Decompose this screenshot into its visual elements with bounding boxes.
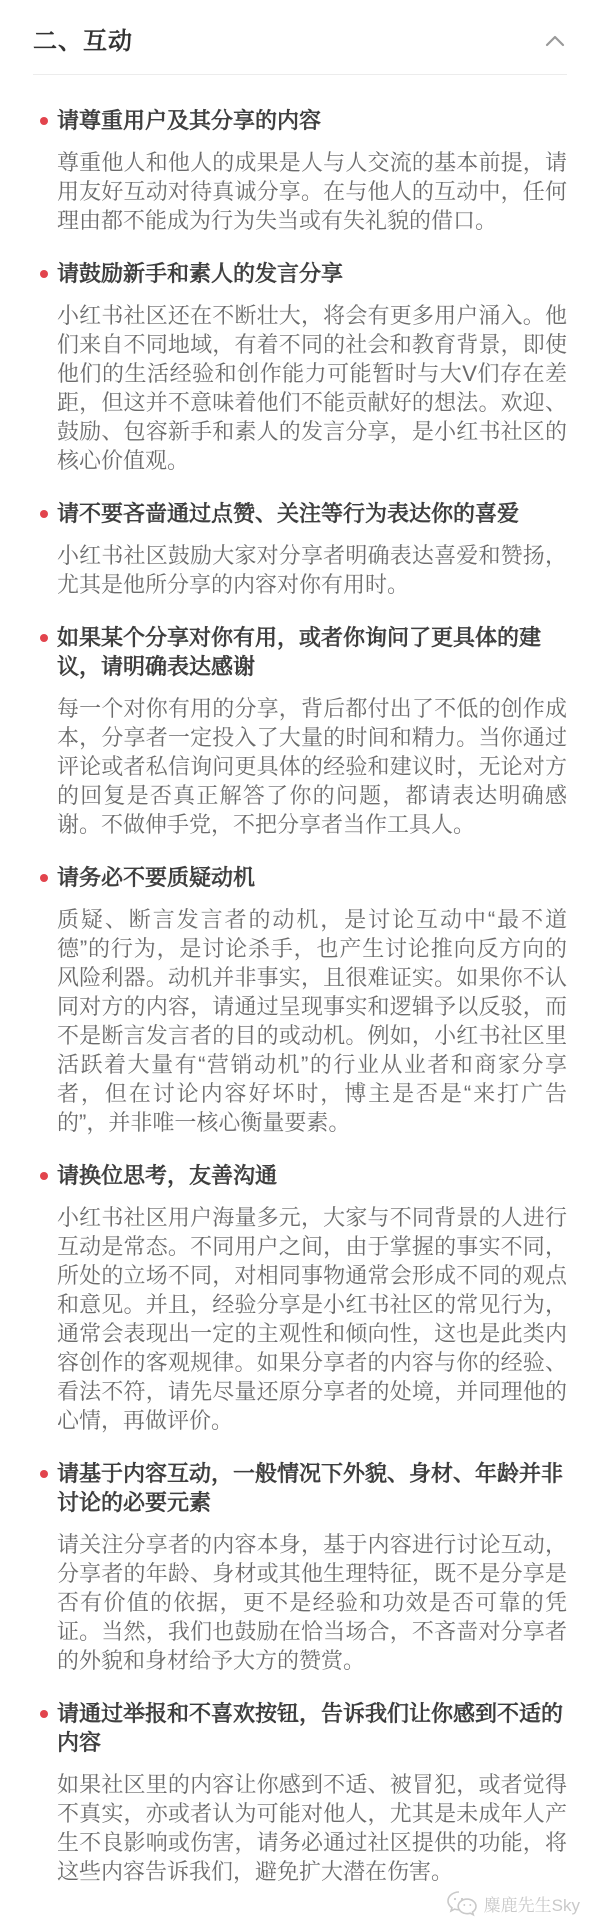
red-bullet-icon (40, 874, 48, 882)
guideline-item: 请鼓励新手和素人的发言分享 小红书社区还在不断壮大，将会有更多用户涌入。他们来自… (33, 259, 567, 475)
guideline-heading: 请基于内容互动，一般情况下外貌、身材、年龄并非讨论的必要元素 (57, 1459, 567, 1517)
guideline-heading: 请尊重用户及其分享的内容 (57, 106, 567, 135)
guideline-body: 请关注分享者的内容本身，基于内容进行讨论互动，分享者的年龄、身材或其他生理特征，… (57, 1530, 567, 1675)
red-bullet-icon (40, 1710, 48, 1718)
guideline-heading: 请通过举报和不喜欢按钮，告诉我们让你感到不适的内容 (57, 1699, 567, 1757)
guideline-item: 请换位思考，友善沟通 小红书社区用户海量多元，大家与不同背景的人进行互动是常态。… (33, 1161, 567, 1435)
red-bullet-icon (40, 270, 48, 278)
guideline-heading: 如果某个分享对你有用，或者你询问了更具体的建议，请明确表达感谢 (57, 623, 567, 681)
guideline-item: 请务必不要质疑动机 质疑、断言发言者的动机，是讨论互动中“最不道德”的行为，是讨… (33, 863, 567, 1137)
guideline-item: 请基于内容互动，一般情况下外貌、身材、年龄并非讨论的必要元素 请关注分享者的内容… (33, 1459, 567, 1675)
guideline-body: 小红书社区用户海量多元，大家与不同背景的人进行互动是常态。不同用户之间，由于掌握… (57, 1203, 567, 1435)
guideline-body: 小红书社区还在不断壮大，将会有更多用户涌入。他们来自不同地域，有着不同的社会和教… (57, 301, 567, 475)
guideline-heading: 请务必不要质疑动机 (57, 863, 567, 892)
section-header: 二、互动 (33, 0, 567, 58)
guideline-item: 请尊重用户及其分享的内容 尊重他人和他人的成果是人与人交流的基本前提，请用友好互… (33, 106, 567, 235)
guideline-body: 尊重他人和他人的成果是人与人交流的基本前提，请用友好互动对待真诚分享。在与他人的… (57, 148, 567, 235)
guideline-page: 二、互动 请尊重用户及其分享的内容 尊重他人和他人的成果是人与人交流的基本前提，… (0, 0, 600, 1886)
guideline-body: 小红书社区鼓励大家对分享者明确表达喜爱和赞扬，尤其是他所分享的内容对你有用时。 (57, 541, 567, 599)
watermark-label: 麋鹿先生Sky (484, 1891, 580, 1916)
guideline-item: 请通过举报和不喜欢按钮，告诉我们让你感到不适的内容 如果社区里的内容让你感到不适… (33, 1699, 567, 1886)
wechat-icon (446, 1890, 478, 1917)
red-bullet-icon (40, 634, 48, 642)
guideline-list: 请尊重用户及其分享的内容 尊重他人和他人的成果是人与人交流的基本前提，请用友好互… (33, 75, 567, 1886)
red-bullet-icon (40, 1172, 48, 1180)
guideline-body: 如果社区里的内容让你感到不适、被冒犯，或者觉得不真实，亦或者认为可能对他人，尤其… (57, 1770, 567, 1886)
guideline-body: 质疑、断言发言者的动机，是讨论互动中“最不道德”的行为，是讨论杀手，也产生讨论推… (57, 905, 567, 1137)
red-bullet-icon (40, 1470, 48, 1478)
guideline-heading: 请换位思考，友善沟通 (57, 1161, 567, 1190)
red-bullet-icon (40, 510, 48, 518)
guideline-body: 每一个对你有用的分享，背后都付出了不低的创作成本，分享者一定投入了大量的时间和精… (57, 694, 567, 839)
guideline-item: 如果某个分享对你有用，或者你询问了更具体的建议，请明确表达感谢 每一个对你有用的… (33, 623, 567, 839)
section-title: 二、互动 (33, 26, 133, 58)
guideline-heading: 请不要吝啬通过点赞、关注等行为表达你的喜爱 (57, 499, 567, 528)
watermark: 麋鹿先生Sky (446, 1890, 580, 1917)
guideline-item: 请不要吝啬通过点赞、关注等行为表达你的喜爱 小红书社区鼓励大家对分享者明确表达喜… (33, 499, 567, 599)
guideline-heading: 请鼓励新手和素人的发言分享 (57, 259, 567, 288)
chevron-up-icon (545, 35, 565, 50)
collapse-section-button[interactable] (543, 33, 567, 52)
red-bullet-icon (40, 117, 48, 125)
